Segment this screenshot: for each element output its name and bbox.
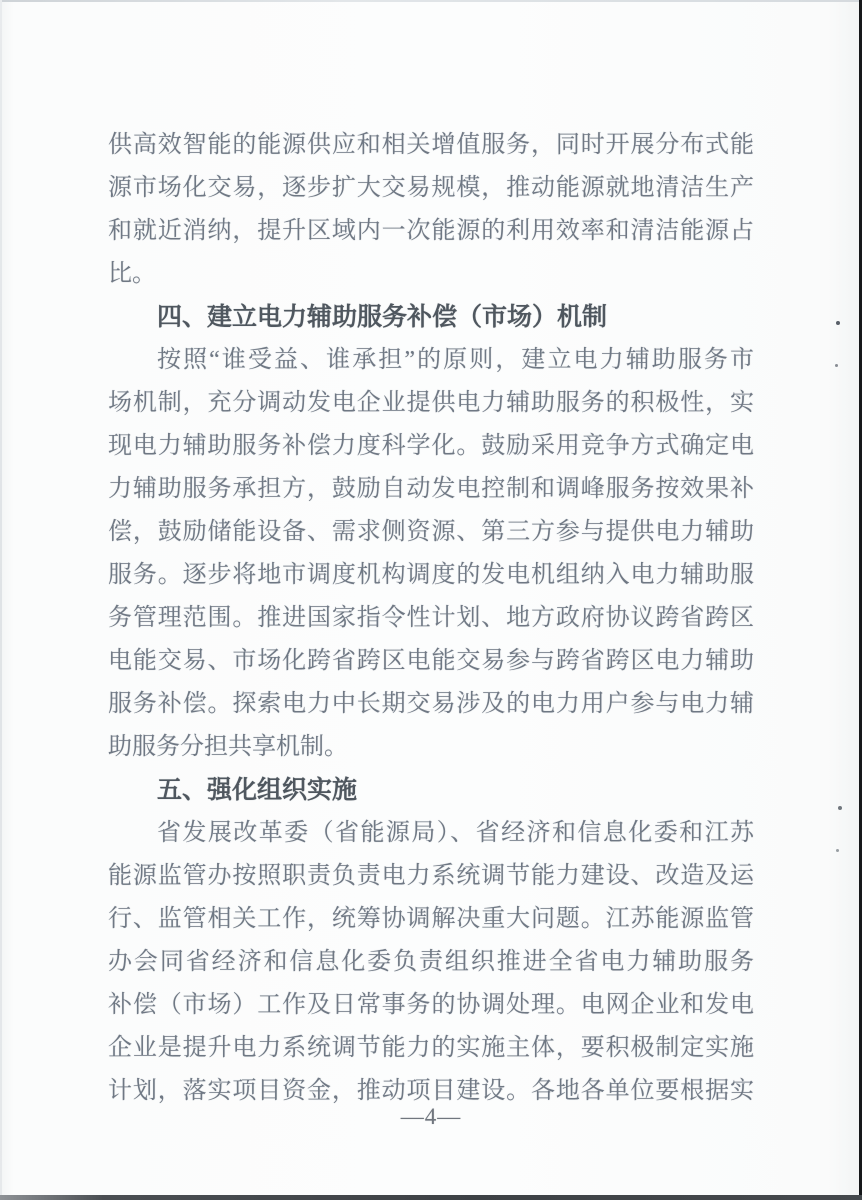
paragraph-line: 助服务分担共享机制。 (108, 726, 754, 769)
paragraph-line: 服务补偿。探索电力中长期交易涉及的电力用户参与电力辅 (108, 683, 754, 726)
paragraph-line: 比。 (108, 253, 754, 296)
scan-artifact-dot (836, 849, 839, 852)
page-number: —4— (0, 1102, 862, 1132)
document-body: 供高效智能的能源供应和相关增值服务，同时开展分布式能 源市场化交易，逐步扩大交易… (108, 124, 754, 1113)
scanned-document-page: 供高效智能的能源供应和相关增值服务，同时开展分布式能 源市场化交易，逐步扩大交易… (0, 0, 862, 1200)
scan-artifact-dot (835, 364, 838, 367)
scan-artifact-dot (838, 806, 842, 810)
paragraph-line: 能源监管办按照职责负责电力系统调节能力建设、改造及运 (108, 855, 754, 898)
section-heading-five: 五、强化组织实施 (108, 769, 754, 812)
paragraph-line: 行、监管相关工作，统筹协调解决重大问题。江苏能源监管 (108, 898, 754, 941)
paragraph-line: 服务。逐步将地市调度机构调度的发电机组纳入电力辅助服 (108, 554, 754, 597)
paragraph-line: 电能交易、市场化跨省跨区电能交易参与跨省跨区电力辅助 (108, 640, 754, 683)
scan-edge-top (0, 0, 862, 2)
paragraph-line: 和就近消纳，提升区域内一次能源的利用效率和清洁能源占 (108, 210, 754, 253)
paragraph-line: 源市场化交易，逐步扩大交易规模，推动能源就地清洁生产 (108, 167, 754, 210)
paragraph-line: 办会同省经济和信息化委负责组织推进全省电力辅助服务 (108, 941, 754, 984)
paragraph-line: 企业是提升电力系统调节能力的实施主体，要积极制定实施 (108, 1027, 754, 1070)
paragraph-line: 省发展改革委（省能源局）、省经济和信息化委和江苏 (108, 812, 754, 855)
paragraph-line: 偿，鼓励储能设备、需求侧资源、第三方参与提供电力辅助 (108, 511, 754, 554)
paragraph-line: 现电力辅助服务补偿力度科学化。鼓励采用竞争方式确定电 (108, 425, 754, 468)
scan-artifact-dot (836, 321, 840, 325)
paragraph-line: 场机制，充分调动发电企业提供电力辅助服务的积极性，实 (108, 382, 754, 425)
paragraph-line: 力辅助服务承担方，鼓励自动发电控制和调峰服务按效果补 (108, 468, 754, 511)
section-heading-four: 四、建立电力辅助服务补偿（市场）机制 (108, 296, 754, 339)
paragraph-line: 务管理范围。推进国家指令性计划、地方政府协议跨省跨区 (108, 597, 754, 640)
paragraph-line: 按照“谁受益、谁承担”的原则，建立电力辅助服务市 (108, 339, 754, 382)
paragraph-line: 补偿（市场）工作及日常事务的协调处理。电网企业和发电 (108, 984, 754, 1027)
scan-edge-bottom (0, 1195, 862, 1200)
scan-edge-left (0, 0, 2, 1200)
paragraph-line: 供高效智能的能源供应和相关增值服务，同时开展分布式能 (108, 124, 754, 167)
